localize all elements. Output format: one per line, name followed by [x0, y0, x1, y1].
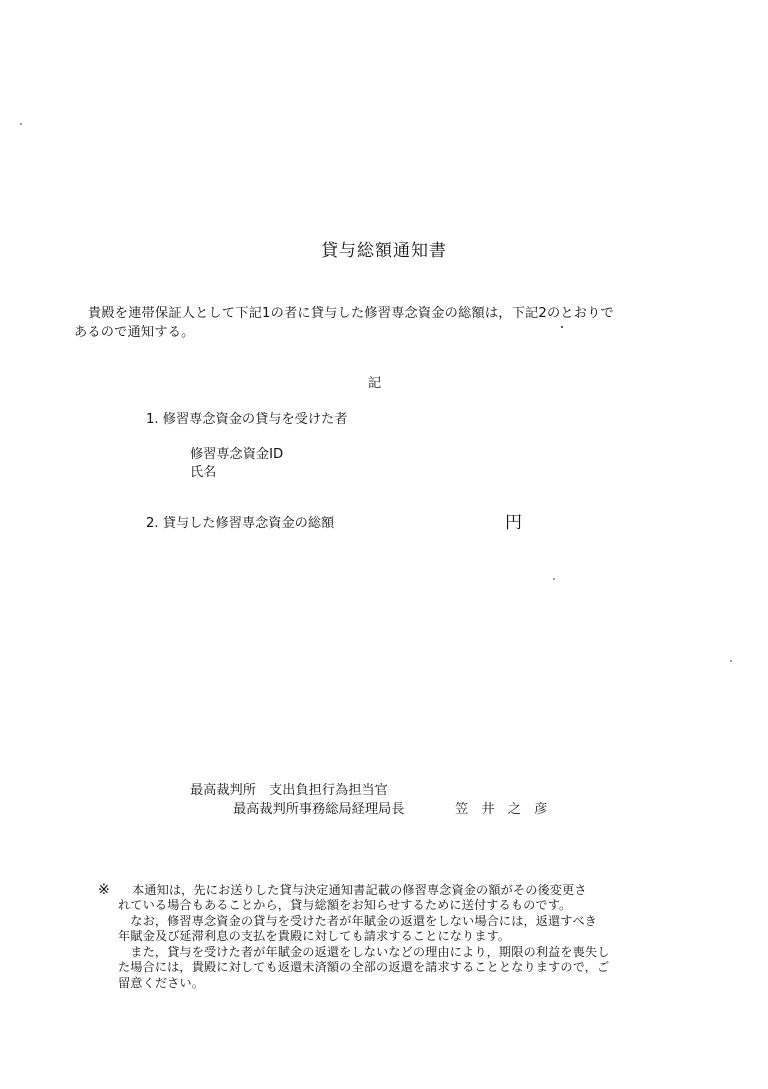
note-line-4: 年賦金及び延滞利息の支払を貴殿に対しても請求することになります。 [118, 929, 510, 945]
scan-speck [730, 660, 732, 662]
note-mark: ※ [98, 883, 110, 899]
section1-heading: 1. 修習専念資金の貸与を受けた者 [146, 408, 347, 427]
note-line-2: れている場合もあることから，貸与総額をお知らせするために送付するものです。 [118, 898, 571, 914]
note-line-7: 留意ください。 [118, 976, 204, 992]
note-line-5: また，貸与を受けた者が年賦金の返還をしないなどの理由により，期限の利益を喪失し [118, 945, 610, 961]
document-title: 貸与総額通知書 [0, 236, 768, 261]
currency-unit: 円 [505, 508, 522, 533]
signature-name: 笠 井 之 彦 [455, 798, 547, 817]
scan-speck [20, 123, 22, 125]
ki-label: 記 [368, 372, 381, 391]
note-line-6: た場合には，貴殿に対しても返還未済額の全部の返還を請求することとなりますので，ご [118, 960, 609, 976]
note-line-3: なお，修習専念資金の貸与を受けた者が年賦金の返還をしない場合には，返還すべき [118, 914, 597, 930]
intro-line-2: あるので通知する。 [74, 321, 195, 340]
section2-heading: 2. 貸与した修習専念資金の総額 [146, 512, 334, 531]
field-name-label: 氏名 [190, 461, 216, 480]
field-id-label: 修習専念資金ID [190, 443, 283, 462]
signature-title: 最高裁判所事務総局経理局長 [233, 798, 404, 817]
intro-line-1: 貴殿を連帯保証人として下記1の者に貸与した修習専念資金の総額は，下記2のとおりで [88, 302, 614, 321]
signature-line-1: 最高裁判所 支出負担行為担当官 [190, 779, 388, 798]
note-line-1: 本通知は，先にお送りした貸与決定通知書記載の修習専念資金の額がその後変更さ [132, 883, 587, 899]
scan-speck [553, 578, 555, 580]
scan-speck [561, 326, 563, 328]
